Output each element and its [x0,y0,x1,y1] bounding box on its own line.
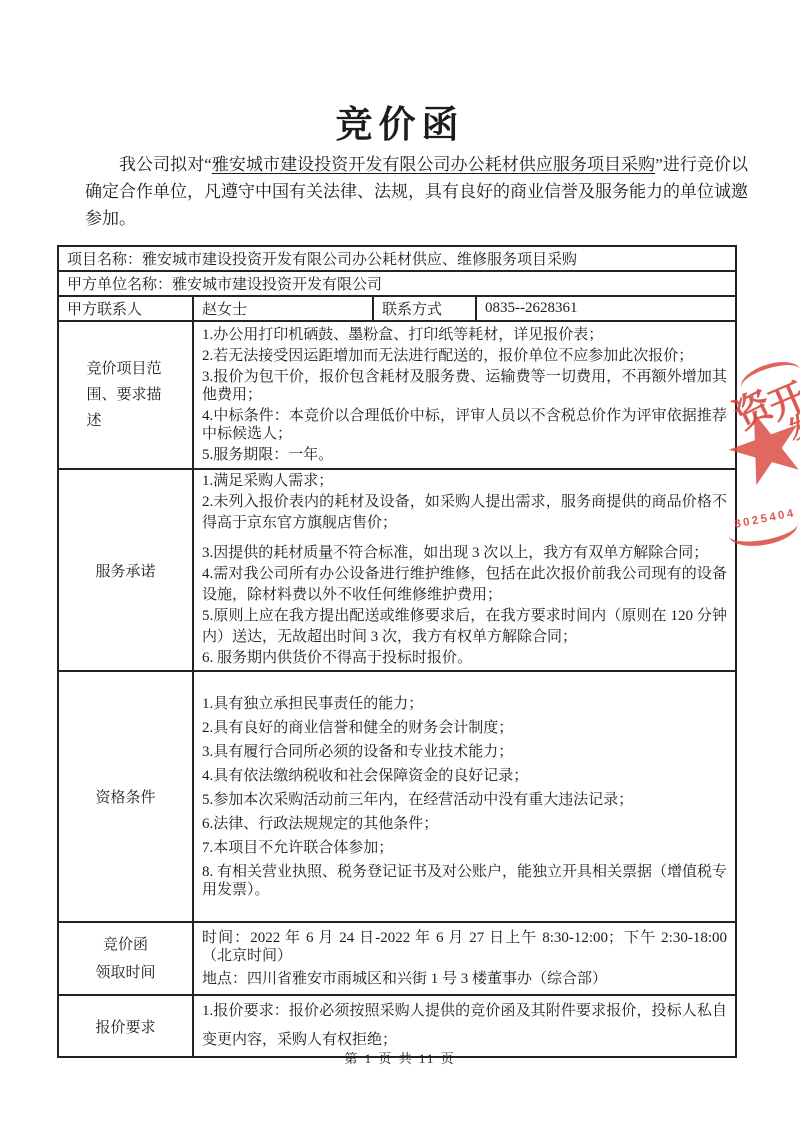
list-item: 4.具有依法缴纳税收和社会保障资金的良好记录； [202,767,727,785]
contact-name-cell: 赵女士 [193,296,373,321]
page-number: 第 1 页 共 11 页 [0,1048,800,1067]
collection-label-line1: 竞价函 [67,931,184,959]
table-row: 项目名称：雅安城市建设投资开发有限公司办公耗材供应、维修服务项目采购 [58,246,736,271]
list-item: 6. 服务期内供货价不得高于投标时报价。 [202,648,727,669]
list-item: 2.若无法接受因运距增加而无法进行配送的，报价单位不应参加此次报价； [202,347,727,365]
seal-character: 发 [783,402,800,447]
intro-paragraph: 我公司拟对“雅安城市建设投资开发有限公司办公耗材供应服务项目采购”进行竞价以确定… [85,151,748,232]
list-item: 3.报价为包干价，报价包含耗材及服务费、运输费等一切费用，不再额外增加其他费用； [202,368,727,404]
list-item: 5.原则上应在我方提出配送或维修要求后，在我方要求时间内（原则在 120 分钟内… [202,606,727,648]
table-row: 资格条件 1.具有独立承担民事责任的能力； 2.具有良好的商业信誉和健全的财务会… [58,671,736,922]
seal-character: 开 [759,366,800,430]
list-item: 4.需对我公司所有办公设备进行维护维修，包括在此次报价前我公司现有的设备设施，除… [202,564,727,606]
qualification-label-cell: 资格条件 [58,671,193,922]
intro-project-name: 雅安城市建设投资开发有限公司办公耗材供应服务项目采购 [212,155,655,174]
seal-serial-number: 8025404 [733,507,796,531]
list-item: 3.具有履行合同所必须的设备和专业技术能力； [202,743,727,761]
list-item: 2.未列入报价表内的耗材及设备，如采购人提出需求，服务商提供的商品价格不得高于京… [202,492,727,534]
bid-info-table: 项目名称：雅安城市建设投资开发有限公司办公耗材供应、维修服务项目采购 甲方单位名… [57,245,737,1058]
list-item: 6.法律、行政法规规定的其他条件； [202,815,727,833]
service-label-cell: 服务承诺 [58,469,193,671]
document-page: 竞价函 我公司拟对“雅安城市建设投资开发有限公司办公耗材供应服务项目采购”进行竞… [0,0,800,1131]
scope-label: 竞价项目范围、要求描述 [87,356,165,434]
intro-prefix: 我公司拟对“ [119,155,212,174]
project-name-cell: 项目名称：雅安城市建设投资开发有限公司办公耗材供应、维修服务项目采购 [58,246,736,271]
list-item: 7.本项目不允许联合体参加； [202,839,727,857]
list-item: 1.办公用打印机硒鼓、墨粉盒、打印纸等耗材，详见报价表； [202,326,727,344]
qualification-content-cell: 1.具有独立承担民事责任的能力； 2.具有良好的商业信誉和健全的财务会计制度； … [193,671,736,922]
contact-label-cell: 甲方联系人 [58,296,193,321]
collection-place: 地点：四川省雅安市雨城区和兴街 1 号 3 楼董事办（综合部） [202,970,727,988]
list-item: 8. 有相关营业执照、税务登记证书及对公账户，能独立开具相关票据（增值税专用发票… [202,863,727,899]
phone-label-cell: 联系方式 [373,296,476,321]
list-item: 4.中标条件：本竞价以合理低价中标，评审人员以不含税总价作为评审依据推荐中标候选… [202,407,727,443]
scope-label-cell: 竞价项目范围、要求描述 [58,321,193,469]
party-name-cell: 甲方单位名称：雅安城市建设投资开发有限公司 [58,271,736,296]
list-item: 2.具有良好的商业信誉和健全的财务会计制度； [202,719,727,737]
list-item: 1.具有独立承担民事责任的能力； [202,695,727,713]
service-content-cell: 1.满足采购人需求； 2.未列入报价表内的耗材及设备，如采购人提出需求，服务商提… [193,469,736,671]
collection-time: 时间：2022 年 6 月 24 日-2022 年 6 月 27 日上午 8:3… [202,929,727,965]
list-item: 1.满足采购人需求； [202,471,727,492]
table-row: 竞价函 领取时间 时间：2022 年 6 月 24 日-2022 年 6 月 2… [58,922,736,995]
table-row: 甲方单位名称：雅安城市建设投资开发有限公司 [58,271,736,296]
scope-content-cell: 1.办公用打印机硒鼓、墨粉盒、打印纸等耗材，详见报价表； 2.若无法接受因运距增… [193,321,736,469]
page-title: 竞价函 [0,94,800,148]
table-row: 甲方联系人 赵女士 联系方式 0835--2628361 [58,296,736,321]
collection-label-line2: 领取时间 [67,959,184,987]
seal-arc-top [737,356,800,403]
collection-content-cell: 时间：2022 年 6 月 24 日-2022 年 6 月 27 日上午 8:3… [193,922,736,995]
list-item: 5.服务期限：一年。 [202,446,727,464]
phone-value-cell: 0835--2628361 [476,296,736,321]
list-item: 3.因提供的耗材质量不符合标准，如出现 3 次以上，我方有双单方解除合同； [202,543,727,564]
list-item: 5.参加本次采购活动前三年内，在经营活动中没有重大违法记录； [202,791,727,809]
list-item: 1.报价要求：报价必须按照采购人提供的竞价函及其附件要求报价，投标人私自变更内容… [202,997,727,1055]
table-row: 竞价项目范围、要求描述 1.办公用打印机硒鼓、墨粉盒、打印纸等耗材，详见报价表；… [58,321,736,469]
collection-label-cell: 竞价函 领取时间 [58,922,193,995]
table-row: 服务承诺 1.满足采购人需求； 2.未列入报价表内的耗材及设备，如采购人提出需求… [58,469,736,671]
